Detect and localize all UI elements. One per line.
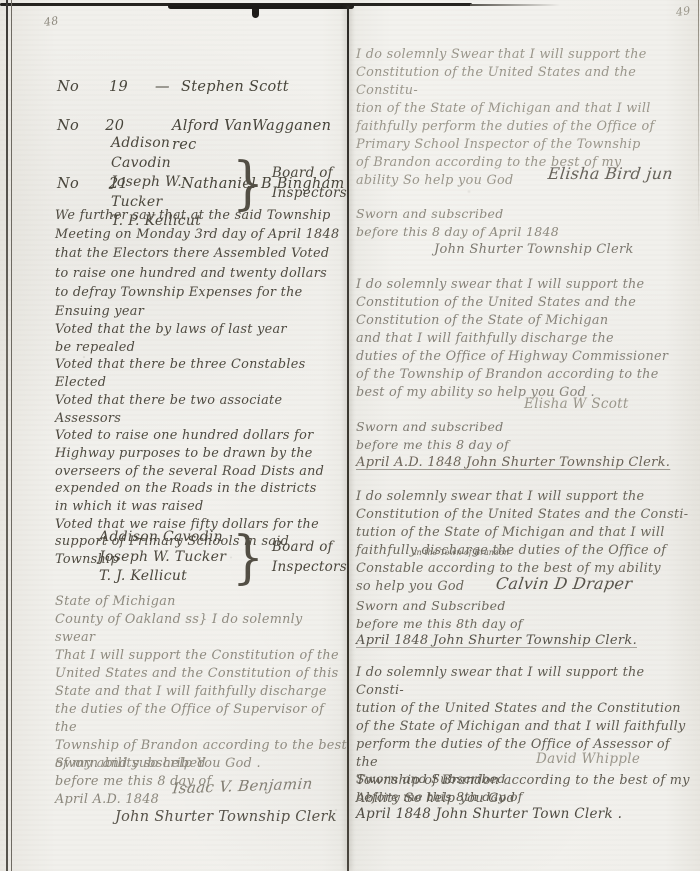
highway-commissioner-oath-paragraph: I do solemnly swear that I will support …	[356, 276, 696, 402]
roll-number: 19	[109, 78, 155, 98]
officer-signature: Elisha Bird jun	[547, 164, 674, 183]
roll-no-label: No	[57, 78, 109, 98]
caret-insertion-text: in the Town of Brandon	[414, 548, 509, 557]
board-of-inspectors-signatures: Addison Cavodin Joseph W. Tucker T. J. K…	[99, 528, 347, 587]
clerk-signature: April 1848 John Shurter Town Clerk .	[356, 806, 696, 822]
left-page: No 19 — Stephen Scott No 20 Alford VanWa…	[55, 0, 347, 871]
attestation: Sworn and Subscribed before me this 8th …	[356, 597, 696, 633]
roll-dash: —	[155, 78, 181, 98]
roll-no-label: No	[57, 175, 109, 195]
officer-signature: David Whipple	[536, 751, 640, 767]
township-meeting-paragraph: We further say that at the said Township…	[55, 206, 347, 321]
right-page-edge-line	[698, 0, 699, 230]
clerk-signature: John Shurter Township Clerk	[115, 809, 337, 825]
scanned-document-spread: 48 49 No 19 — Stephen Scott No 20 Alford…	[0, 0, 700, 871]
board-label: Board of Inspectors	[272, 163, 347, 203]
right-page: I do solemnly Swear that I will support …	[356, 0, 696, 871]
clerk-signature: April 1848 John Shurter Township Clerk.	[356, 633, 696, 648]
officer-signature: Elisha W Scott	[524, 396, 629, 412]
curly-brace: }	[232, 524, 264, 591]
inspector-names: Addison Cavodin Joseph W. Tucker T. J. K…	[99, 528, 230, 587]
book-edge-rule-inner	[11, 0, 12, 871]
officer-signature: Calvin D Draper	[495, 574, 634, 593]
attestation: Sworn and subscribed before me this 8 da…	[356, 418, 696, 454]
book-edge-rule-outer	[6, 0, 8, 871]
supervisor-oath-paragraph: State of Michigan County of Oakland ss} …	[55, 593, 347, 773]
roll-no-label: No	[57, 117, 105, 156]
attestation: Sworn and subscribed before this 8 day o…	[356, 205, 696, 241]
clerk-signature: April A.D. 1848 John Shurter Township Cl…	[356, 455, 696, 470]
attestation: Sworn and Subscribed before me this 8th …	[356, 770, 696, 806]
clerk-signature: John Shurter Township Clerk	[434, 242, 634, 257]
roll-name: Stephen Scott	[181, 78, 289, 98]
board-label: Board of Inspectors	[272, 537, 347, 577]
roll-entry: No 19 — Stephen Scott	[57, 78, 347, 98]
binding-gutter-line	[347, 6, 349, 871]
